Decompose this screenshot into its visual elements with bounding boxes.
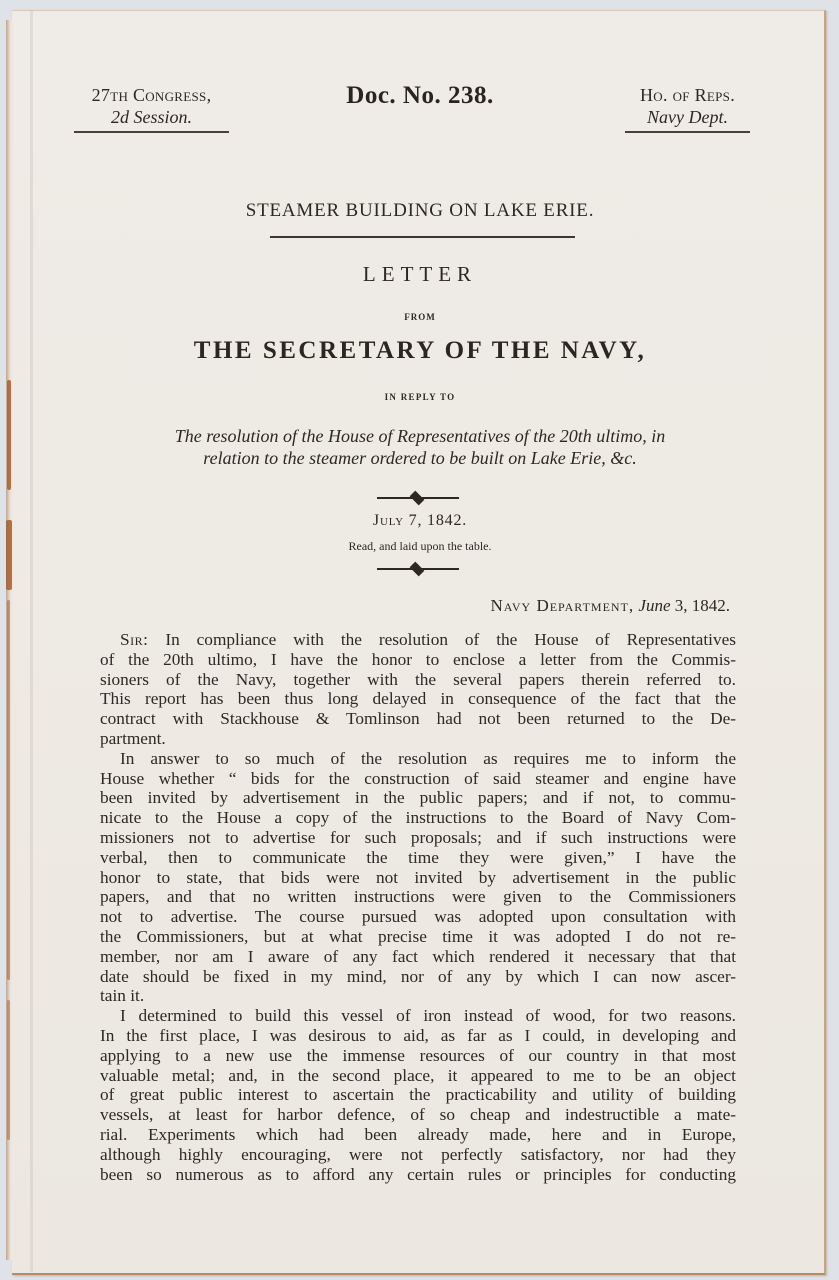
resolution-line-1: The resolution of the House of Represent… (80, 425, 760, 447)
paragraph: Sir: In compliance with the resolution o… (100, 630, 736, 749)
header-rule-left (74, 131, 229, 133)
from-label: FROM (40, 312, 800, 322)
text-line: not to advertise. The course pursued was… (100, 907, 736, 927)
house-department-label: Ho. of Reps. Navy Dept. (625, 84, 750, 133)
text-line: verbal, then to communicate the time the… (100, 848, 736, 868)
text-line: valuable metal; and, in the second place… (100, 1066, 736, 1086)
resolution-line-2: relation to the steamer ordered to be bu… (80, 447, 760, 469)
dateline-place: Navy Department, (490, 596, 634, 615)
text-line: although highly encouraging, were not pe… (100, 1145, 736, 1165)
text-line: been invited by advertisement in the pub… (100, 788, 736, 808)
in-reply-to-label: IN REPLY TO (40, 392, 800, 402)
congress-label: 27th Congress, (74, 84, 229, 106)
session-label: 2d Session. (74, 106, 229, 128)
ornament-divider-icon (377, 565, 459, 573)
page-fold-shadow (30, 10, 33, 1272)
paragraph: In answer to so much of the resolution a… (100, 749, 736, 1006)
text-line: tain it. (100, 986, 736, 1006)
text-line: partment. (100, 729, 736, 749)
foxing-stain (7, 380, 11, 490)
text-line: rial. Experiments which had been already… (100, 1125, 736, 1145)
text-line: Sir: In compliance with the resolution o… (100, 630, 736, 650)
text-line: missioners not to advertise for such pro… (100, 828, 736, 848)
letter-heading: LETTER (40, 262, 800, 287)
text-line: I determined to build this vessel of iro… (100, 1006, 736, 1026)
document-number: Doc. No. 238. (300, 82, 540, 110)
dateline-month: June (634, 596, 670, 615)
text-line: nicate to the House a copy of the instru… (100, 808, 736, 828)
title-rule (270, 236, 575, 238)
letter-dateline: Navy Department, June 3, 1842. (400, 596, 730, 616)
header-rule-right (625, 131, 750, 133)
letter-body: Sir: In compliance with the resolution o… (100, 630, 736, 1184)
sender-heading: THE SECRETARY OF THE NAVY, (40, 337, 800, 365)
text-line: applying to a new use the immense resour… (100, 1046, 736, 1066)
presentation-month: July (373, 512, 404, 529)
congress-session-label: 27th Congress, 2d Session. (74, 84, 229, 133)
foxing-stain (7, 1000, 10, 1140)
salutation: Sir: (120, 630, 148, 649)
text-line: papers, and that no written instructions… (100, 887, 736, 907)
text-line: been so numerous as to afford any certai… (100, 1165, 736, 1185)
text-line: vessels, at least for harbor defence, of… (100, 1105, 736, 1125)
presentation-action: Read, and laid upon the table. (40, 539, 800, 554)
paragraph: I determined to build this vessel of iro… (100, 1006, 736, 1184)
text-line: of the 20th ultimo, I have the honor to … (100, 650, 736, 670)
text-line: member, nor am I aware of any fact which… (100, 947, 736, 967)
text-line: honor to state, that bids were not invit… (100, 868, 736, 888)
subject-heading: STEAMER BUILDING ON LAKE ERIE. (40, 200, 800, 222)
foxing-stain (6, 520, 12, 590)
resolution-description: The resolution of the House of Represent… (80, 425, 760, 469)
house-label: Ho. of Reps. (625, 84, 750, 106)
presentation-date: July 7, 1842. (40, 512, 800, 530)
text-line: In answer to so much of the resolution a… (100, 749, 736, 769)
text-line: of great public interest to ascertain th… (100, 1085, 736, 1105)
text-line: contract with Stackhouse & Tomlinson had… (100, 709, 736, 729)
text-line: sioners of the Navy, together with the s… (100, 670, 736, 690)
ornament-divider-icon (377, 494, 459, 502)
dateline-day-year: 3, 1842. (671, 596, 731, 615)
text-line: the Commissioners, but at what precise t… (100, 927, 736, 947)
text-line: In the first place, I was desirous to ai… (100, 1026, 736, 1046)
presentation-day-year: 7, 1842. (404, 512, 467, 529)
department-label: Navy Dept. (625, 106, 750, 128)
text-line: This report has been thus long delayed i… (100, 689, 736, 709)
text-line: date should be fixed in my mind, nor of … (100, 967, 736, 987)
foxing-stain (7, 600, 10, 980)
text-line: House whether “ bids for the constructio… (100, 769, 736, 789)
